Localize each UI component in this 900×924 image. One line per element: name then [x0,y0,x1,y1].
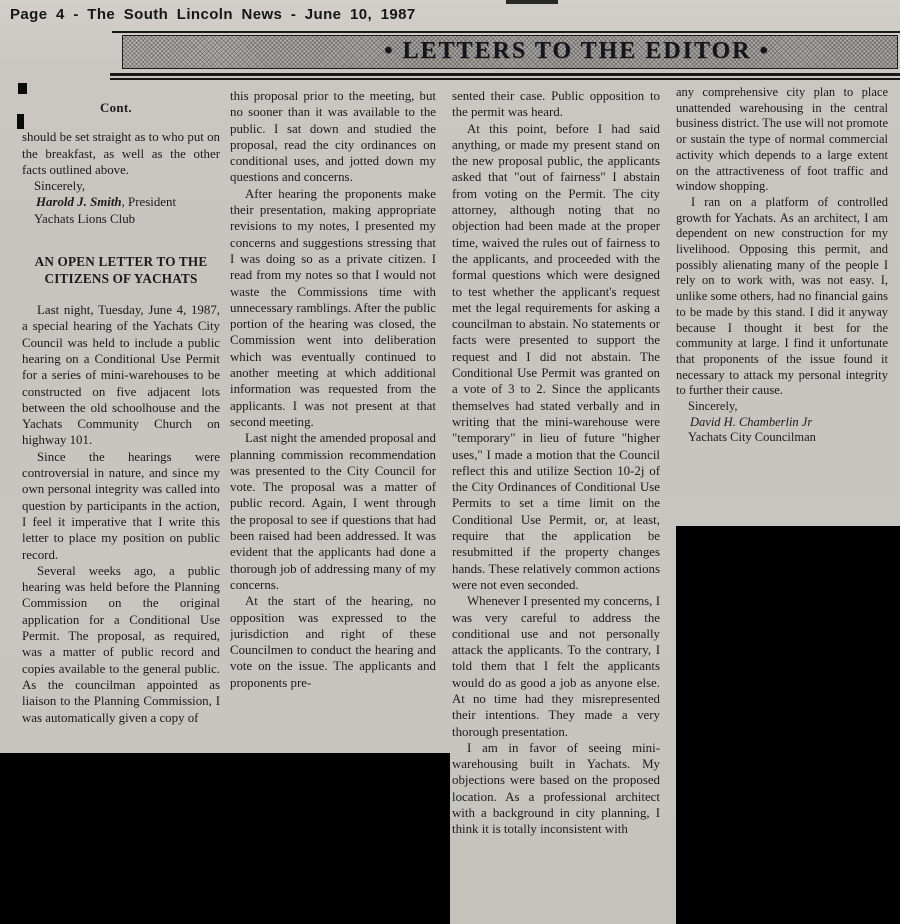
signature-line: Sincerely, [22,178,220,194]
paragraph: I am in favor of seeing mini-warehousing… [452,740,660,838]
scan-artifact [18,83,27,94]
paragraph: Last night, Tuesday, June 4, 1987, a spe… [22,302,220,449]
scan-artifact [17,114,24,129]
signature-name: David H. Chamberlin Jr [676,415,888,431]
paragraph: should be set straight as to who put on … [22,129,220,178]
paragraph: any comprehensive city plan to place una… [676,85,888,195]
paragraph: At this point, before I had said anythin… [452,121,660,594]
paragraph: sented their case. Public opposition to … [452,88,660,121]
paragraph: I ran on a platform of controlled growth… [676,195,888,399]
signature-line: Yachats Lions Club [22,211,220,227]
paragraph: After hearing the proponents make their … [230,186,436,430]
banner-bottom-rule-thin [110,78,900,80]
letters-banner: • LETTERS TO THE EDITOR • [122,35,898,69]
column-4: any comprehensive city plan to place una… [676,85,888,525]
paragraph: Last night the amended proposal and plan… [230,430,436,593]
continuation-label: Cont. [22,100,210,116]
newspaper-page: Page 4 - The South Lincoln News - June 1… [0,0,900,924]
signature-name: Harold J. Smith, President [22,194,220,210]
signature-name-italic: David H. Chamberlin Jr [690,415,812,429]
paragraph: Several weeks ago, a public hearing was … [22,563,220,726]
paragraph: Whenever I presented my concerns, I was … [452,593,660,740]
scan-artifact [506,0,558,4]
scan-black-region-right [676,526,900,924]
column-2: this proposal prior to the meeting, but … [230,88,436,752]
banner-title: • LETTERS TO THE EDITOR • [123,36,897,67]
banner-top-rule [112,31,900,33]
paragraph: Since the hearings were controversial in… [22,449,220,563]
signature-line: Yachats City Councilman [676,430,888,446]
scan-black-region-left [0,753,450,924]
column-3: sented their case. Public opposition to … [452,88,660,924]
banner-bottom-rule-thick [110,73,900,76]
signature-name-italic: Harold J. Smith [36,195,122,209]
signature-name-roman: , President [122,195,176,209]
signature-line: Sincerely, [676,399,888,415]
column-1: Cont.should be set straight as to who pu… [22,100,220,752]
paragraph: At the start of the hearing, no oppositi… [230,593,436,691]
page-header: Page 4 - The South Lincoln News - June 1… [10,6,416,23]
letter-heading: AN OPEN LETTER TO THE CITIZENS OF YACHAT… [26,253,216,287]
paragraph: this proposal prior to the meeting, but … [230,88,436,186]
